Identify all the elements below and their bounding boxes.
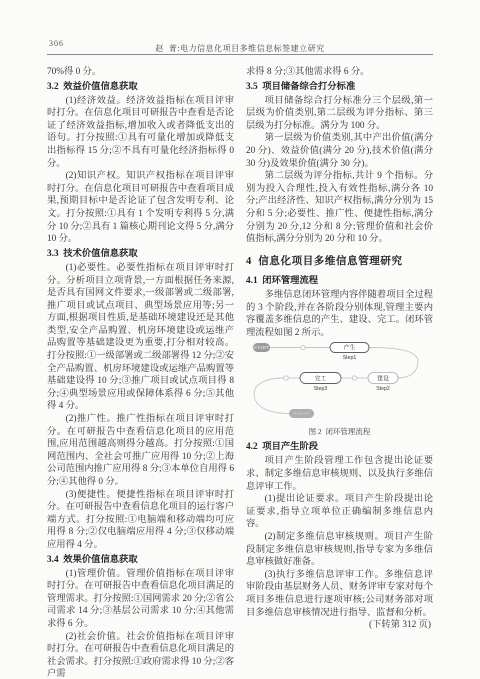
section-heading-4-2: 4.2 项目产生阶段 <box>246 441 433 454</box>
continuation-note: (下转第 312 页) <box>246 619 433 632</box>
paragraph-continuation: 求得 8 分;③其他需求得 6 分。 <box>246 66 433 79</box>
paragraph: (2)制定多维信息审核规则。项目产生阶段制定多维信息审核规则,指导专家为多维信息… <box>246 531 433 569</box>
node-build-label: 建设 <box>377 375 389 383</box>
left-column: 70%得 0 分。 3.2 效益价值信息获取 (1)经济效益。经济效益指标在项目… <box>47 66 234 679</box>
flow-diagram-canvas: START 产生 Step1 建设 Step2 完工 Step3 FINISH <box>246 341 432 423</box>
page-header: 306 赵 菁:电力信息化项目多维信息标签建立研究 <box>47 38 433 52</box>
page-number: 306 <box>49 39 64 48</box>
connector-dot-1 <box>301 346 305 350</box>
node-produce-label: 产生 <box>343 344 355 352</box>
node-produce-step: Step1 <box>343 355 357 361</box>
paragraph: 第一层级为价值类别,其中产出价值(满分 20 分)、效益价值(满分 20 分),… <box>246 132 433 170</box>
paragraph: 项目产生阶段管理工作包含提出论证要求、制定多维信息审核规则、以及执行多维信息评审… <box>246 455 433 493</box>
paragraph: (2)推广性。推广性指标在项目评审时打分。在可研报告中查看信息化项目的应用范围,… <box>47 413 234 489</box>
paragraph: (3)执行多维信息评审工作。多维信息评审阶段由基层财务人员、财务评审专家对每个项… <box>246 569 433 619</box>
paragraph: (1)必要性。必要性指标在项目评审时打分。分析项目立项背景,一方面根据任务来源,… <box>47 262 234 413</box>
paragraph-continuation: 70%得 0 分。 <box>47 66 234 79</box>
paragraph: (1)管理价值。管理价值指标在项目评审时打分。在可研报告中查看信息化项目满足的管… <box>47 568 234 631</box>
section-heading-3-3: 3.3 技术价值信息获取 <box>47 248 234 261</box>
section-heading-3-4: 3.4 效果价值信息获取 <box>47 554 234 567</box>
chapter-heading-4: 4 信息化项目多维信息管理研究 <box>246 255 433 268</box>
section-heading-4-1: 4.1 闭环管理流程 <box>246 275 433 288</box>
running-title: 赵 菁:电力信息化项目多维信息标签建立研究 <box>155 44 324 53</box>
right-column: 求得 8 分;③其他需求得 6 分。 3.5 项目储备综合打分标准 项目储备综合… <box>246 66 433 679</box>
header-rule <box>47 54 433 55</box>
paragraph: (2)知识产权。知识产权指标在项目评审时打分。在信息化项目可研报告中查看项目成果… <box>47 170 234 246</box>
node-build-step: Step2 <box>376 386 390 392</box>
paragraph: (1)提出论证要求。项目产生阶段提出论证要求,指导立项单位正确编制多维信息内容。 <box>246 493 433 531</box>
section-heading-3-5: 3.5 项目储备综合打分标准 <box>246 81 433 94</box>
figure-caption: 图 2 闭环管理流程 <box>246 426 433 437</box>
paragraph: (2)社会价值。社会价值指标在项目评审时打分。在可研报告中查看信息化项目满足的社… <box>47 631 234 679</box>
connector-circle3-to-finish-curve <box>254 378 289 414</box>
paragraph: (1)经济效益。经济效益指标在项目评审时打分。在信息化项目可研报告中查看是否论证… <box>47 95 234 171</box>
paragraph: 多维信息闭环管理内容伴随着项目全过程的 3 个阶段,并在各阶段分别体现,管理主要… <box>246 289 433 339</box>
connector-dot-3 <box>284 376 288 380</box>
two-column-layout: 70%得 0 分。 3.2 效益价值信息获取 (1)经济效益。经济效益指标在项目… <box>47 66 433 679</box>
closed-loop-flow-diagram: START 产生 Step1 建设 Step2 完工 Step3 FINISH <box>246 341 433 437</box>
finish-label: FINISH <box>294 411 310 416</box>
paper-page: 306 赵 菁:电力信息化项目多维信息标签建立研究 70%得 0 分。 3.2 … <box>0 0 480 679</box>
paragraph: 第二层级为评分指标,共计 9 个指标。分别为投入合理性,投入有效性指标,满分各 … <box>246 170 433 246</box>
start-label: START <box>254 345 269 350</box>
node-complete-step: Step3 <box>314 386 328 392</box>
node-complete-label: 完工 <box>314 375 326 383</box>
section-heading-3-2: 3.2 效益价值信息获取 <box>47 81 234 94</box>
paragraph: 项目储备综合打分标准分三个层级,第一层级为价值类别,第二层级为评分指标、第三层级… <box>246 95 433 133</box>
connector-dot-2 <box>352 376 356 380</box>
paragraph: (3)便捷性。便捷性指标在项目评审时打分。在可研报告中查看信息化项目的运行客户端… <box>47 489 234 552</box>
